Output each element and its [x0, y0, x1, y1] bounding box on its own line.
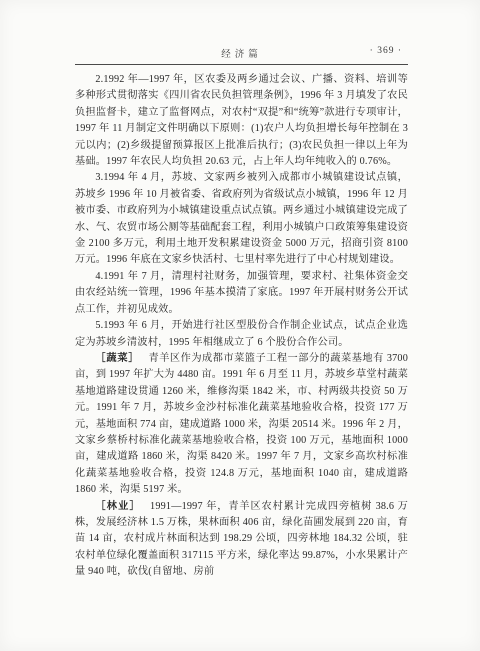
scanned-page: 经济篇 · 369 · 2.1992 年—1997 年，区农委及两乡通过会议、广…: [0, 0, 480, 651]
entry-label-vegetables: ［蔬菜］: [95, 353, 139, 364]
entry-forestry: ［林业］1991—1997 年，青羊区农村累计完成四旁植树 38.6 万株，发展…: [75, 499, 408, 581]
paragraph-text: 3.1994 年 4 月，苏坡、文家两乡被列入成都市小城镇建设试点镇，苏坡乡 1…: [75, 172, 408, 265]
entry-vegetables: ［蔬菜］青羊区作为成都市菜篮子工程一部分的蔬菜基地有 3700 亩，到 1997…: [75, 351, 408, 499]
paragraph-text: 4.1991 年 7 月，清理村社财务，加强管理，要求村、社集体资金交由农经站统…: [75, 271, 408, 315]
paragraph-text: 2.1992 年—1997 年，区农委及两乡通过会议、广播、资料、培训等多种形式…: [75, 74, 408, 167]
section-title: 经济篇: [221, 46, 262, 60]
paragraph-shareholding-pilot: 5.1993 年 6 月，开始进行社区型股份合作制企业试点，试点企业选定为苏坡乡…: [75, 318, 408, 351]
body-text: 2.1992 年—1997 年，区农委及两乡通过会议、广播、资料、培训等多种形式…: [75, 72, 408, 581]
paragraph-small-town-pilot: 3.1994 年 4 月，苏坡、文家两乡被列入成都市小城镇建设试点镇，苏坡乡 1…: [75, 170, 408, 268]
entry-label-forestry: ［林业］: [95, 501, 140, 512]
paragraph-text: 青羊区作为成都市菜篮子工程一部分的蔬菜基地有 3700 亩，到 1997 年扩大…: [75, 353, 408, 495]
page-number: · 369 ·: [370, 46, 402, 56]
paragraph-village-finance: 4.1991 年 7 月，清理村社财务，加强管理，要求村、社集体资金交由农经站统…: [75, 269, 408, 318]
paragraph-text: 5.1993 年 6 月，开始进行社区型股份合作制企业试点，试点企业选定为苏坡乡…: [75, 320, 408, 347]
header-rule: [75, 64, 408, 65]
page-content: 经济篇 · 369 · 2.1992 年—1997 年，区农委及两乡通过会议、广…: [75, 46, 408, 581]
page-header: 经济篇 · 369 ·: [75, 46, 408, 62]
paragraph-farmer-burden: 2.1992 年—1997 年，区农委及两乡通过会议、广播、资料、培训等多种形式…: [75, 72, 408, 170]
paragraph-text: 1991—1997 年，青羊区农村累计完成四旁植树 38.6 万株，发展经济林 …: [75, 501, 408, 578]
